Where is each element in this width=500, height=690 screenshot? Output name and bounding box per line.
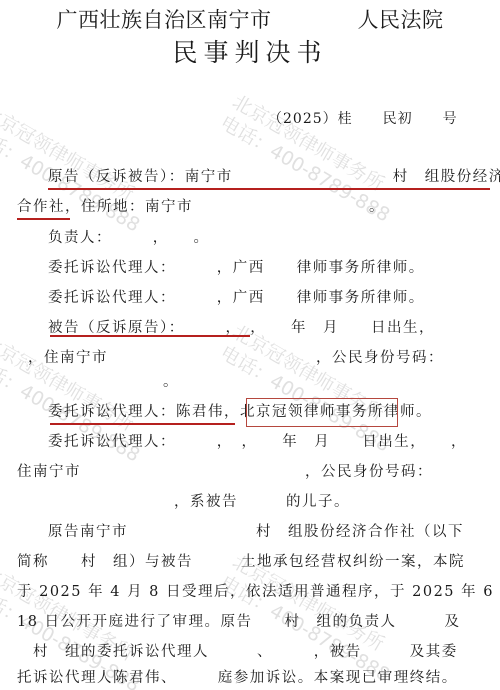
plaintiff-representative: 负责人： ， 。 — [48, 228, 210, 248]
body-line-2: 简称 村 组）与被告 土地承包经营权纠纷一案，本院 — [17, 552, 465, 572]
plaintiff-agent-1: 委托诉讼代理人： ，广西 律师事务所律师。 — [48, 258, 425, 278]
plaintiff-agent-2: 委托诉讼代理人： ，广西 律师事务所律师。 — [48, 288, 425, 308]
agent-underline — [50, 423, 235, 425]
document-title: 民事判决书 — [0, 33, 500, 69]
body-line-6: 托诉讼代理人陈君伟、 庭参加诉讼。本案现已审理终结。 — [17, 668, 458, 688]
defendant-agent-2-line-1: 委托诉讼代理人： ， ， 年 月 日出生， ， — [48, 432, 467, 452]
defendant-agent-2-line-3: ，系被告 的儿子。 — [174, 492, 350, 512]
defendant-line-3: 。 — [163, 372, 179, 392]
body-line-4: 18 日公开开庭进行了审理。原告 村 组的负责人 及 — [17, 612, 461, 632]
agent-name: 委托诉讼代理人：陈君伟， — [48, 404, 240, 420]
plaintiff-line-1: 原告（反诉被告）：南宁市 村 组股份经济 — [48, 167, 500, 187]
defendant-underline — [50, 335, 250, 337]
defendant-line-2: ，住南宁市 ，公民身份号码： — [28, 348, 444, 368]
plaintiff-underline — [48, 188, 490, 190]
body-line-5: 村 组的委托诉讼代理人 、 ，被告 及其委 — [17, 642, 458, 662]
judgment-document: 北京冠领律师事务所电话：400-8789-888 北京冠领律师事务所电话：400… — [0, 0, 500, 690]
court-name: 广西壮族自治区南宁市 人民法院 — [0, 4, 500, 34]
case-number: （2025）桂 民初 号 — [268, 108, 458, 128]
body-line-3: 于 2025 年 4 月 8 日受理后，依法适用普通程序，于 2025 年 6 … — [17, 582, 500, 602]
law-firm-highlight-box — [246, 398, 398, 427]
plaintiff-line-2: 合作社，住所地：南宁市 。 — [17, 197, 385, 217]
body-line-1: 原告南宁市 村 组股份经济合作社（以下 — [48, 522, 464, 542]
defendant-agent-2-line-2: 住南宁市 ，公民身份号码： — [17, 462, 433, 482]
plaintiff-underline-2 — [17, 218, 70, 220]
